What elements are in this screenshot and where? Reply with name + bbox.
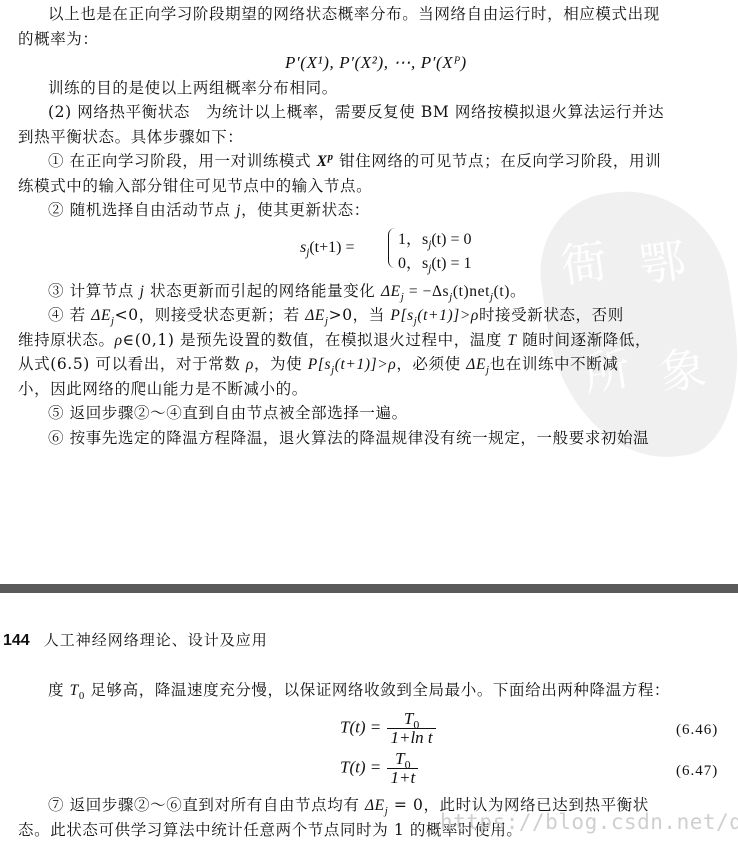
text: ，必须使 <box>396 355 466 373</box>
text: 时接受新状态，否则 <box>479 306 624 324</box>
rho: ρ <box>115 332 123 349</box>
fraction: T0 1+ln t <box>387 710 435 747</box>
step-6-line: ⑥ 按事先选定的降温方程降温，退火算法的降温规律没有统一规定，一般要求初始温 <box>48 428 649 448</box>
equation-number: (6.47) <box>676 763 718 780</box>
cases-brace <box>388 228 395 268</box>
text: (t)。 <box>494 283 527 300</box>
superscript: p <box>328 151 334 163</box>
paragraph-line: 小，因此网络的爬山能力是不断减小的。 <box>18 379 308 399</box>
text: 钳住网络的可见节点；在反向学习阶段，用训 <box>339 152 661 170</box>
paragraph-line: 以上也是在正向学习阶段期望的网络状态概率分布。当网络自由运行时，相应模式出现 <box>48 4 660 24</box>
text: 1，s <box>398 231 428 248</box>
prob: P[s <box>390 307 413 324</box>
text: ① 在正向学习阶段，用一对训练模式 <box>48 152 311 170</box>
text: = −Δs <box>404 283 449 300</box>
paragraph-line: 的概率为： <box>18 29 99 49</box>
step-4-line: ④ 若 ΔEj<0，则接受状态更新；若 ΔEj>0，当 P[sj(t+1)]>ρ… <box>48 305 624 326</box>
paragraph-line: 到热平衡状态。具体步骤如下： <box>18 127 243 147</box>
symbol: T <box>395 749 404 768</box>
text: ⑦ 返回步骤②～⑥直到对所有自由节点均有 <box>48 796 365 814</box>
probability-formula: P′(X¹), P′(X²), ⋯, P′(Xᴾ) <box>285 53 467 73</box>
step-2-line: ② 随机选择自由活动节点 j，使其更新状态： <box>48 200 370 221</box>
prob: (t+1)]>ρ <box>335 356 397 373</box>
seal-glyph: 鄂 <box>635 224 690 296</box>
paragraph-line: 训练的目的是使以上两组概率分布相同。 <box>48 78 338 98</box>
text: 足够高，降温速度充分慢，以保证网络收敛到全局最小。下面给出两种降温方程： <box>85 681 670 699</box>
text: 也在训练中不断减 <box>490 355 619 373</box>
paragraph-line: 练模式中的输入部分钳住可见节点中的输入节点。 <box>18 176 372 196</box>
text: 维持原状态。 <box>18 331 115 349</box>
rho: ρ <box>246 356 254 373</box>
book-title: 人工神经网络理论、设计及应用 <box>44 631 268 649</box>
delta-e: ΔE <box>365 797 385 814</box>
text: ，使其更新状态： <box>241 201 370 219</box>
paragraph-line: 度 T0 足够高，降温速度充分慢，以保证网络收敛到全局最小。下面给出两种降温方程… <box>48 680 670 701</box>
text: ③ 计算节点 <box>48 282 140 300</box>
equation-6-46: T(t) = T0 1+ln t <box>340 710 436 747</box>
running-head: 144人工神经网络理论、设计及应用 <box>3 630 268 651</box>
prob: P[s <box>308 356 331 373</box>
denominator: 1+t <box>387 769 418 787</box>
equation-6-47: T(t) = T0 1+t <box>340 750 418 787</box>
page-number: 144 <box>3 632 30 649</box>
temperature-t: T <box>508 332 517 349</box>
text: ，为使 <box>254 355 308 373</box>
step-3-line: ③ 计算节点 j 状态更新而引起的网络能量变化 ΔEj = −Δsj(t)net… <box>48 281 526 302</box>
denominator: 1+ln t <box>387 729 435 747</box>
equation-lhs: sj(t+1) = <box>300 239 355 257</box>
text: ∈(0,1) 是预先设置的数值，在模拟退火过程中，温度 <box>123 331 508 349</box>
step-1-line: ① 在正向学习阶段，用一对训练模式 Xp 钳住网络的可见节点；在反向学习阶段，用… <box>48 151 661 172</box>
seal-glyph: 衙 <box>556 225 611 297</box>
equation-lhs: T(t) = <box>340 757 381 776</box>
text: (t) = 0 <box>431 231 471 248</box>
text: <0，则接受状态更新；若 <box>115 306 306 324</box>
section-heading-line: (2) 网络热平衡状态 为统计以上概率，需要反复使 BM 网络按模拟退火算法运行… <box>48 102 664 122</box>
url-watermark: https://blog.csdn.net/qq_34599526 <box>440 810 738 834</box>
text: 从式(6.5) 可以看出，对于常数 <box>18 355 246 373</box>
symbol: T <box>404 709 413 728</box>
fraction: T0 1+t <box>387 750 418 787</box>
seal-glyph: 象 <box>655 332 710 404</box>
case-row-1: 1，sj(t) = 0 <box>398 226 471 249</box>
delta-e: ΔE <box>91 307 111 324</box>
text: ④ 若 <box>48 306 91 324</box>
equation-number: (6.46) <box>676 722 718 739</box>
text: 0，s <box>398 255 428 272</box>
prob: (t+1)]>ρ <box>417 307 479 324</box>
delta-e: ΔE <box>305 307 325 324</box>
paragraph-line: 维持原状态。ρ∈(0,1) 是预先设置的数值，在模拟退火过程中，温度 T 随时间… <box>18 330 651 351</box>
text: 度 <box>48 681 70 699</box>
numerator: T0 <box>387 710 435 729</box>
text: 随时间逐渐降低， <box>517 331 651 349</box>
delta-e: ΔE <box>381 283 401 300</box>
step-5-line: ⑤ 返回步骤②～④直到自由节点被全部选择一遍。 <box>48 403 408 423</box>
delta-e: ΔE <box>466 356 486 373</box>
text: >0，当 <box>329 306 391 324</box>
text: (t) = 1 <box>431 255 471 272</box>
equation-lhs: T(t) = <box>340 717 381 736</box>
t0-symbol: T <box>70 682 79 699</box>
text: (t+1) = <box>309 239 354 256</box>
text: 状态更新而引起的网络能量变化 <box>144 282 380 300</box>
numerator: T0 <box>387 750 418 769</box>
symbol: X <box>317 153 328 170</box>
pattern-symbol: Xp <box>317 153 334 170</box>
text: (t)net <box>453 283 490 300</box>
paragraph-line: 从式(6.5) 可以看出，对于常数 ρ，为使 P[sj(t+1)]>ρ，必须使 … <box>18 354 618 375</box>
page-separator <box>0 584 738 593</box>
case-row-2: 0，sj(t) = 1 <box>398 250 471 273</box>
text: ② 随机选择自由活动节点 <box>48 201 236 219</box>
